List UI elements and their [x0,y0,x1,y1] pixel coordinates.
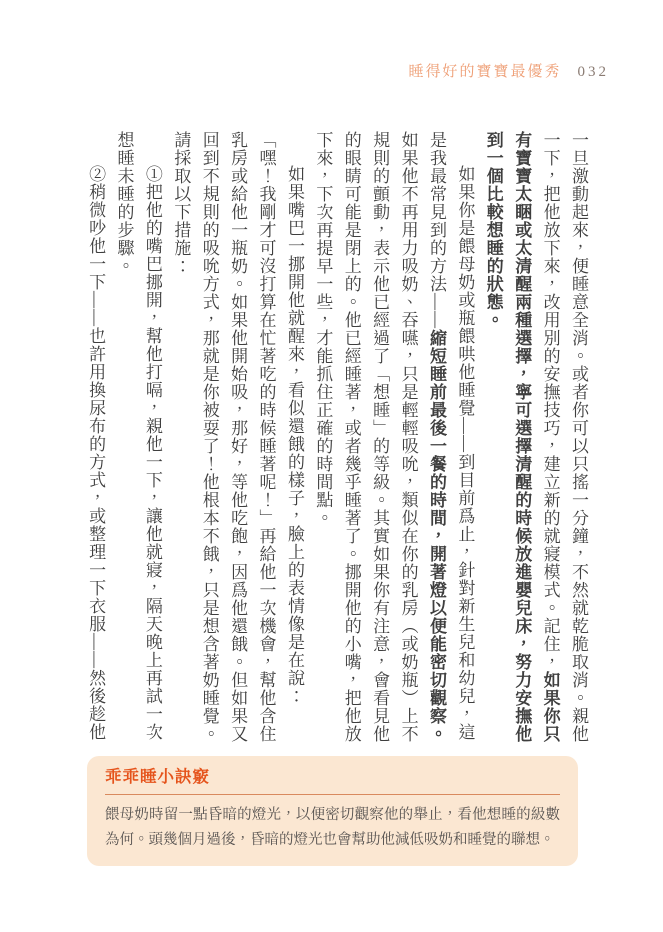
page-header: 睡得好的寶寶最優秀032 [408,60,609,81]
paragraph: 如果你是餵母奶或瓶餵哄他睡覺——到目前爲止，針對新生兒和幼兒，這是我最常見到的方… [308,131,478,746]
page-number: 032 [578,64,610,80]
book-page: 睡得好的寶寶最優秀032 一旦激動起來，便睡意全消。或者你可以只搖一分鐘，不然就… [0,0,663,932]
running-title: 睡得好的寶寶最優秀 [408,64,561,80]
paragraph: ②稍微吵他一下——也許用換尿布的方式，或整理一下衣服——然後趁他 [81,131,109,746]
main-text: 一旦激動起來，便睡意全消。或者你可以只搖一分鐘，不然就乾脆取消。親他一下，把他放… [81,131,592,746]
tip-box-body: 餵母奶時留一點昏暗的燈光，以便密切觀察他的舉止，看他想睡的級數為何。頭幾個月過後… [105,803,560,853]
tip-box: 乖乖睡小訣竅 餵母奶時留一點昏暗的燈光，以便密切觀察他的舉止，看他想睡的級數為何… [87,756,578,866]
paragraph: 一旦激動起來，便睡意全消。或者你可以只搖一分鐘，不然就乾脆取消。親他一下，把他放… [478,131,592,746]
tip-box-divider [105,794,560,795]
paragraph: ①把他的嘴巴挪開，幫他打嗝，親他一下，讓他就寢，隔天晚上再試一次想睡未睡的步驟。 [109,131,166,746]
paragraph: 如果嘴巴一挪開他就醒來，看似還餓的樣子，臉上的表情像是在說：「嘿！我剛才可沒打算… [166,131,308,746]
tip-box-title: 乖乖睡小訣竅 [105,767,560,787]
